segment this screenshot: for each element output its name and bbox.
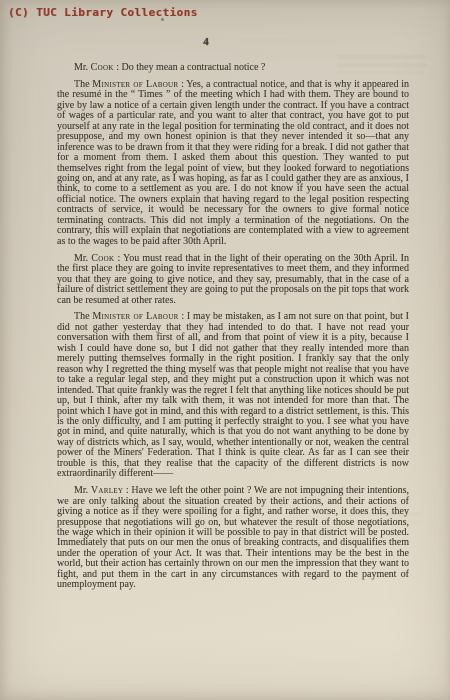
speaker-prefix: Mr. [74, 62, 91, 73]
transcript-paragraph: The Minister of Labour : I may be mistak… [57, 312, 409, 479]
speaker-prefix: Mr. [74, 485, 91, 496]
paragraph-text: Have we left the other point ? We are no… [57, 485, 409, 590]
transcript-paragraph: The Minister of Labour : Yes, a contract… [57, 80, 409, 247]
speaker-name: Varley [91, 485, 123, 496]
paragraph-text: Yes, a contractual notice, and that is w… [57, 79, 409, 247]
paragraph-text: I may be mistaken, as I am not sure on t… [57, 311, 409, 479]
speaker-separator: : [179, 311, 187, 322]
transcript: Mr. Cook : Do they mean a contractual no… [57, 63, 409, 597]
library-watermark: (C) TUC Library Collections [8, 6, 198, 19]
speaker-name: Cook [91, 62, 114, 73]
transcript-paragraph: Mr. Varley : Have we left the other poin… [57, 486, 409, 591]
transcript-paragraph: Mr. Cook : Do they mean a contractual no… [57, 63, 409, 73]
paragraph-text: Do they mean a contractual notice ? [122, 62, 266, 73]
speaker-prefix: The [74, 311, 92, 322]
paper-speck [161, 18, 164, 21]
speaker-separator: : [114, 62, 122, 73]
speaker-name: Minister of Labour [92, 311, 178, 322]
page-number: 4 [198, 36, 214, 48]
scanned-document-page: (C) TUC Library Collections 4 Mr. Cook :… [0, 0, 450, 700]
transcript-paragraph: Mr. Cook : You must read that in the lig… [57, 254, 409, 306]
